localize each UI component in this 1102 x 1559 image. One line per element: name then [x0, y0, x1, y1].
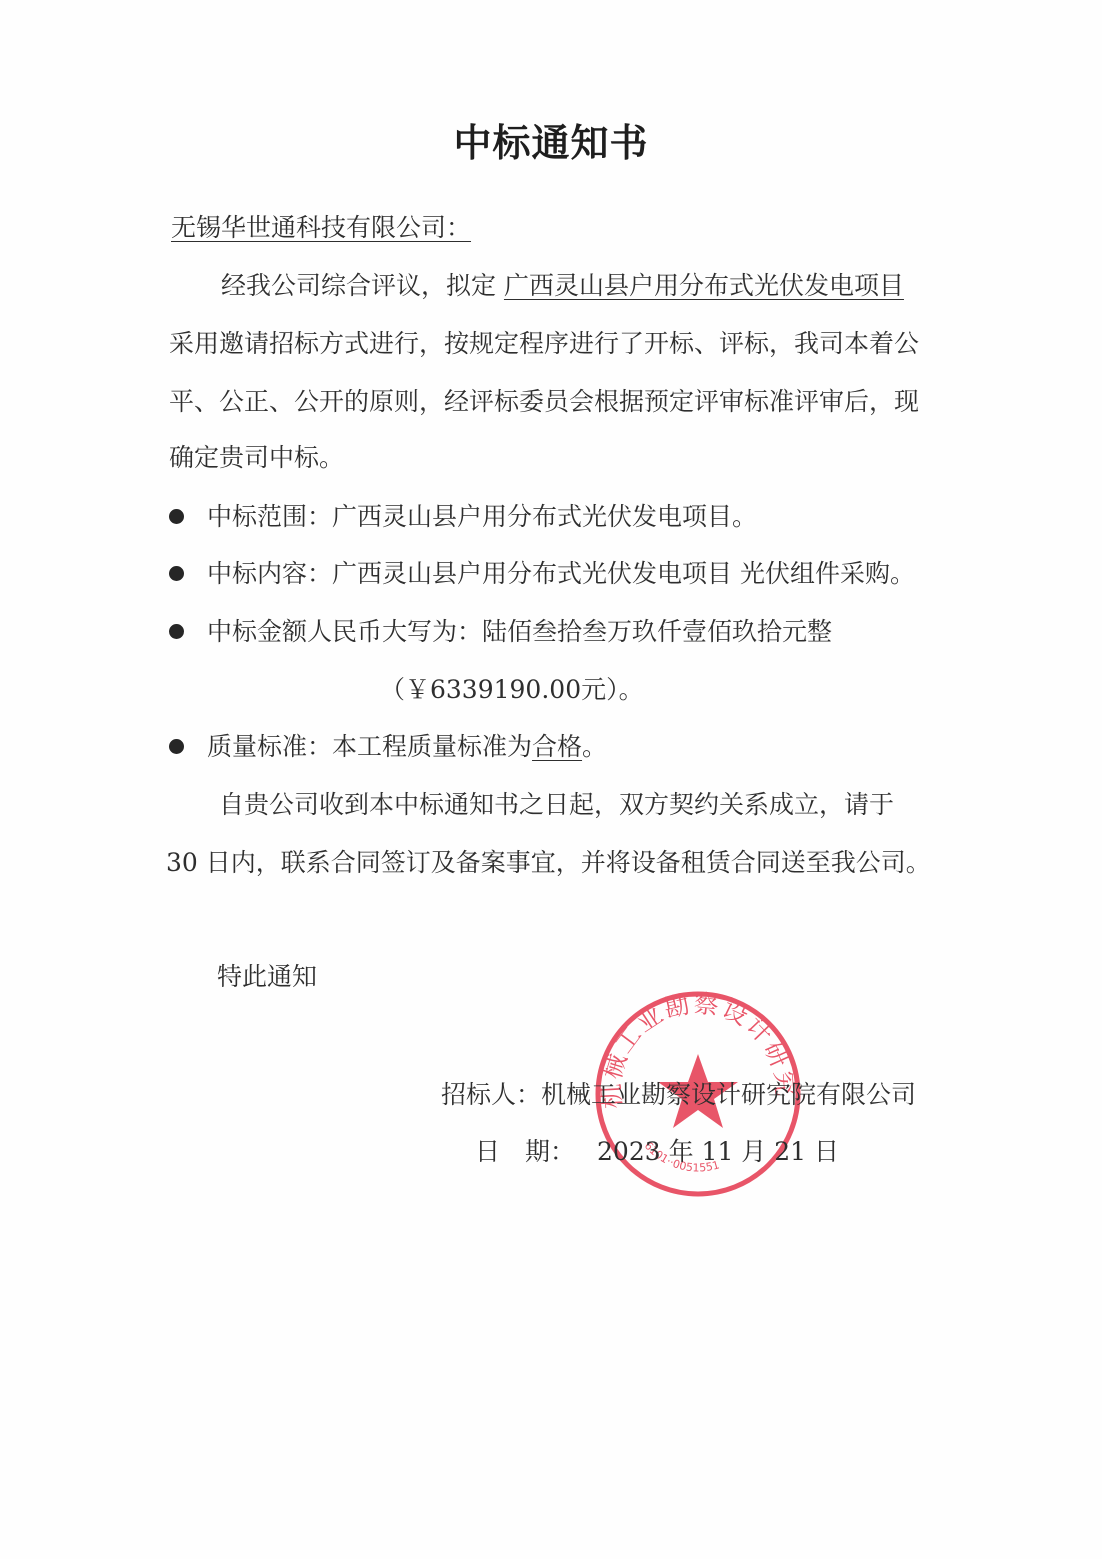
- closing-line-1: 自贵公司收到本中标通知书之日起，双方契约关系成立，请于: [219, 788, 894, 822]
- notice-text: 特此通知: [217, 960, 317, 994]
- date-value: 2023 年 11 月 21 日: [597, 1137, 839, 1166]
- item-content-text: 广西灵山县户用分布式光伏发电项目 光伏组件采购。: [332, 559, 915, 588]
- project-name: 广西灵山县户用分布式光伏发电项目: [504, 271, 904, 300]
- item-amount-text: 陆佰叁拾叁万玖仟壹佰玖拾元整: [482, 617, 832, 646]
- bullet-icon: [169, 509, 184, 524]
- bullet-icon: [169, 624, 184, 639]
- item-scope-label: 中标范围：: [207, 502, 332, 531]
- item-scope-text: 广西灵山县户用分布式光伏发电项目。: [332, 502, 757, 531]
- intro-prefix: 经我公司综合评议，拟定: [221, 271, 504, 300]
- closing-line-2: 30 日内，联系合同签订及备案事宜，并将设备租赁合同送至我公司。: [166, 846, 931, 880]
- intro-line-2: 采用邀请招标方式进行，按规定程序进行了开标、评标，我司本着公: [169, 327, 919, 361]
- date-line: 日 期：2023 年 11 月 21 日: [475, 1135, 839, 1169]
- date-label: 日 期：: [475, 1137, 575, 1166]
- quality-grade: 合格: [532, 732, 582, 761]
- item-content: 中标内容：广西灵山县户用分布式光伏发电项目 光伏组件采购。: [207, 557, 915, 591]
- quality-suffix: 。: [582, 732, 607, 761]
- intro-line-1: 经我公司综合评议，拟定 广西灵山县户用分布式光伏发电项目: [221, 269, 904, 303]
- document-page: 中标通知书 无锡华世通科技有限公司： 经我公司综合评议，拟定 广西灵山县户用分布…: [0, 0, 1102, 1559]
- item-quality: 质量标准：本工程质量标准为合格。: [207, 730, 607, 764]
- intro-line-4: 确定贵司中标。: [169, 441, 344, 475]
- bullet-icon: [169, 566, 184, 581]
- issuer-label: 招标人：: [441, 1080, 541, 1109]
- item-quality-label: 质量标准：: [207, 732, 332, 761]
- bullet-icon: [169, 739, 184, 754]
- item-amount: 中标金额人民币大写为：陆佰叁拾叁万玖仟壹佰玖拾元整: [207, 615, 832, 649]
- page-title: 中标通知书: [0, 112, 1102, 167]
- item-scope: 中标范围：广西灵山县户用分布式光伏发电项目。: [207, 500, 757, 534]
- issuer-line: 招标人：机械工业勘察设计研究院有限公司: [441, 1078, 916, 1112]
- item-amount-label: 中标金额人民币大写为：: [207, 617, 482, 646]
- intro-line-3: 平、公正、公开的原则，经评标委员会根据预定评审标准评审后，现: [169, 385, 919, 419]
- addressee: 无锡华世通科技有限公司：: [171, 211, 471, 245]
- item-content-label: 中标内容：: [207, 559, 332, 588]
- issuer-name: 机械工业勘察设计研究院有限公司: [541, 1080, 916, 1109]
- amount-numeric: （￥6339190.00元）。: [380, 673, 644, 707]
- item-quality-text: 本工程质量标准为: [332, 732, 532, 761]
